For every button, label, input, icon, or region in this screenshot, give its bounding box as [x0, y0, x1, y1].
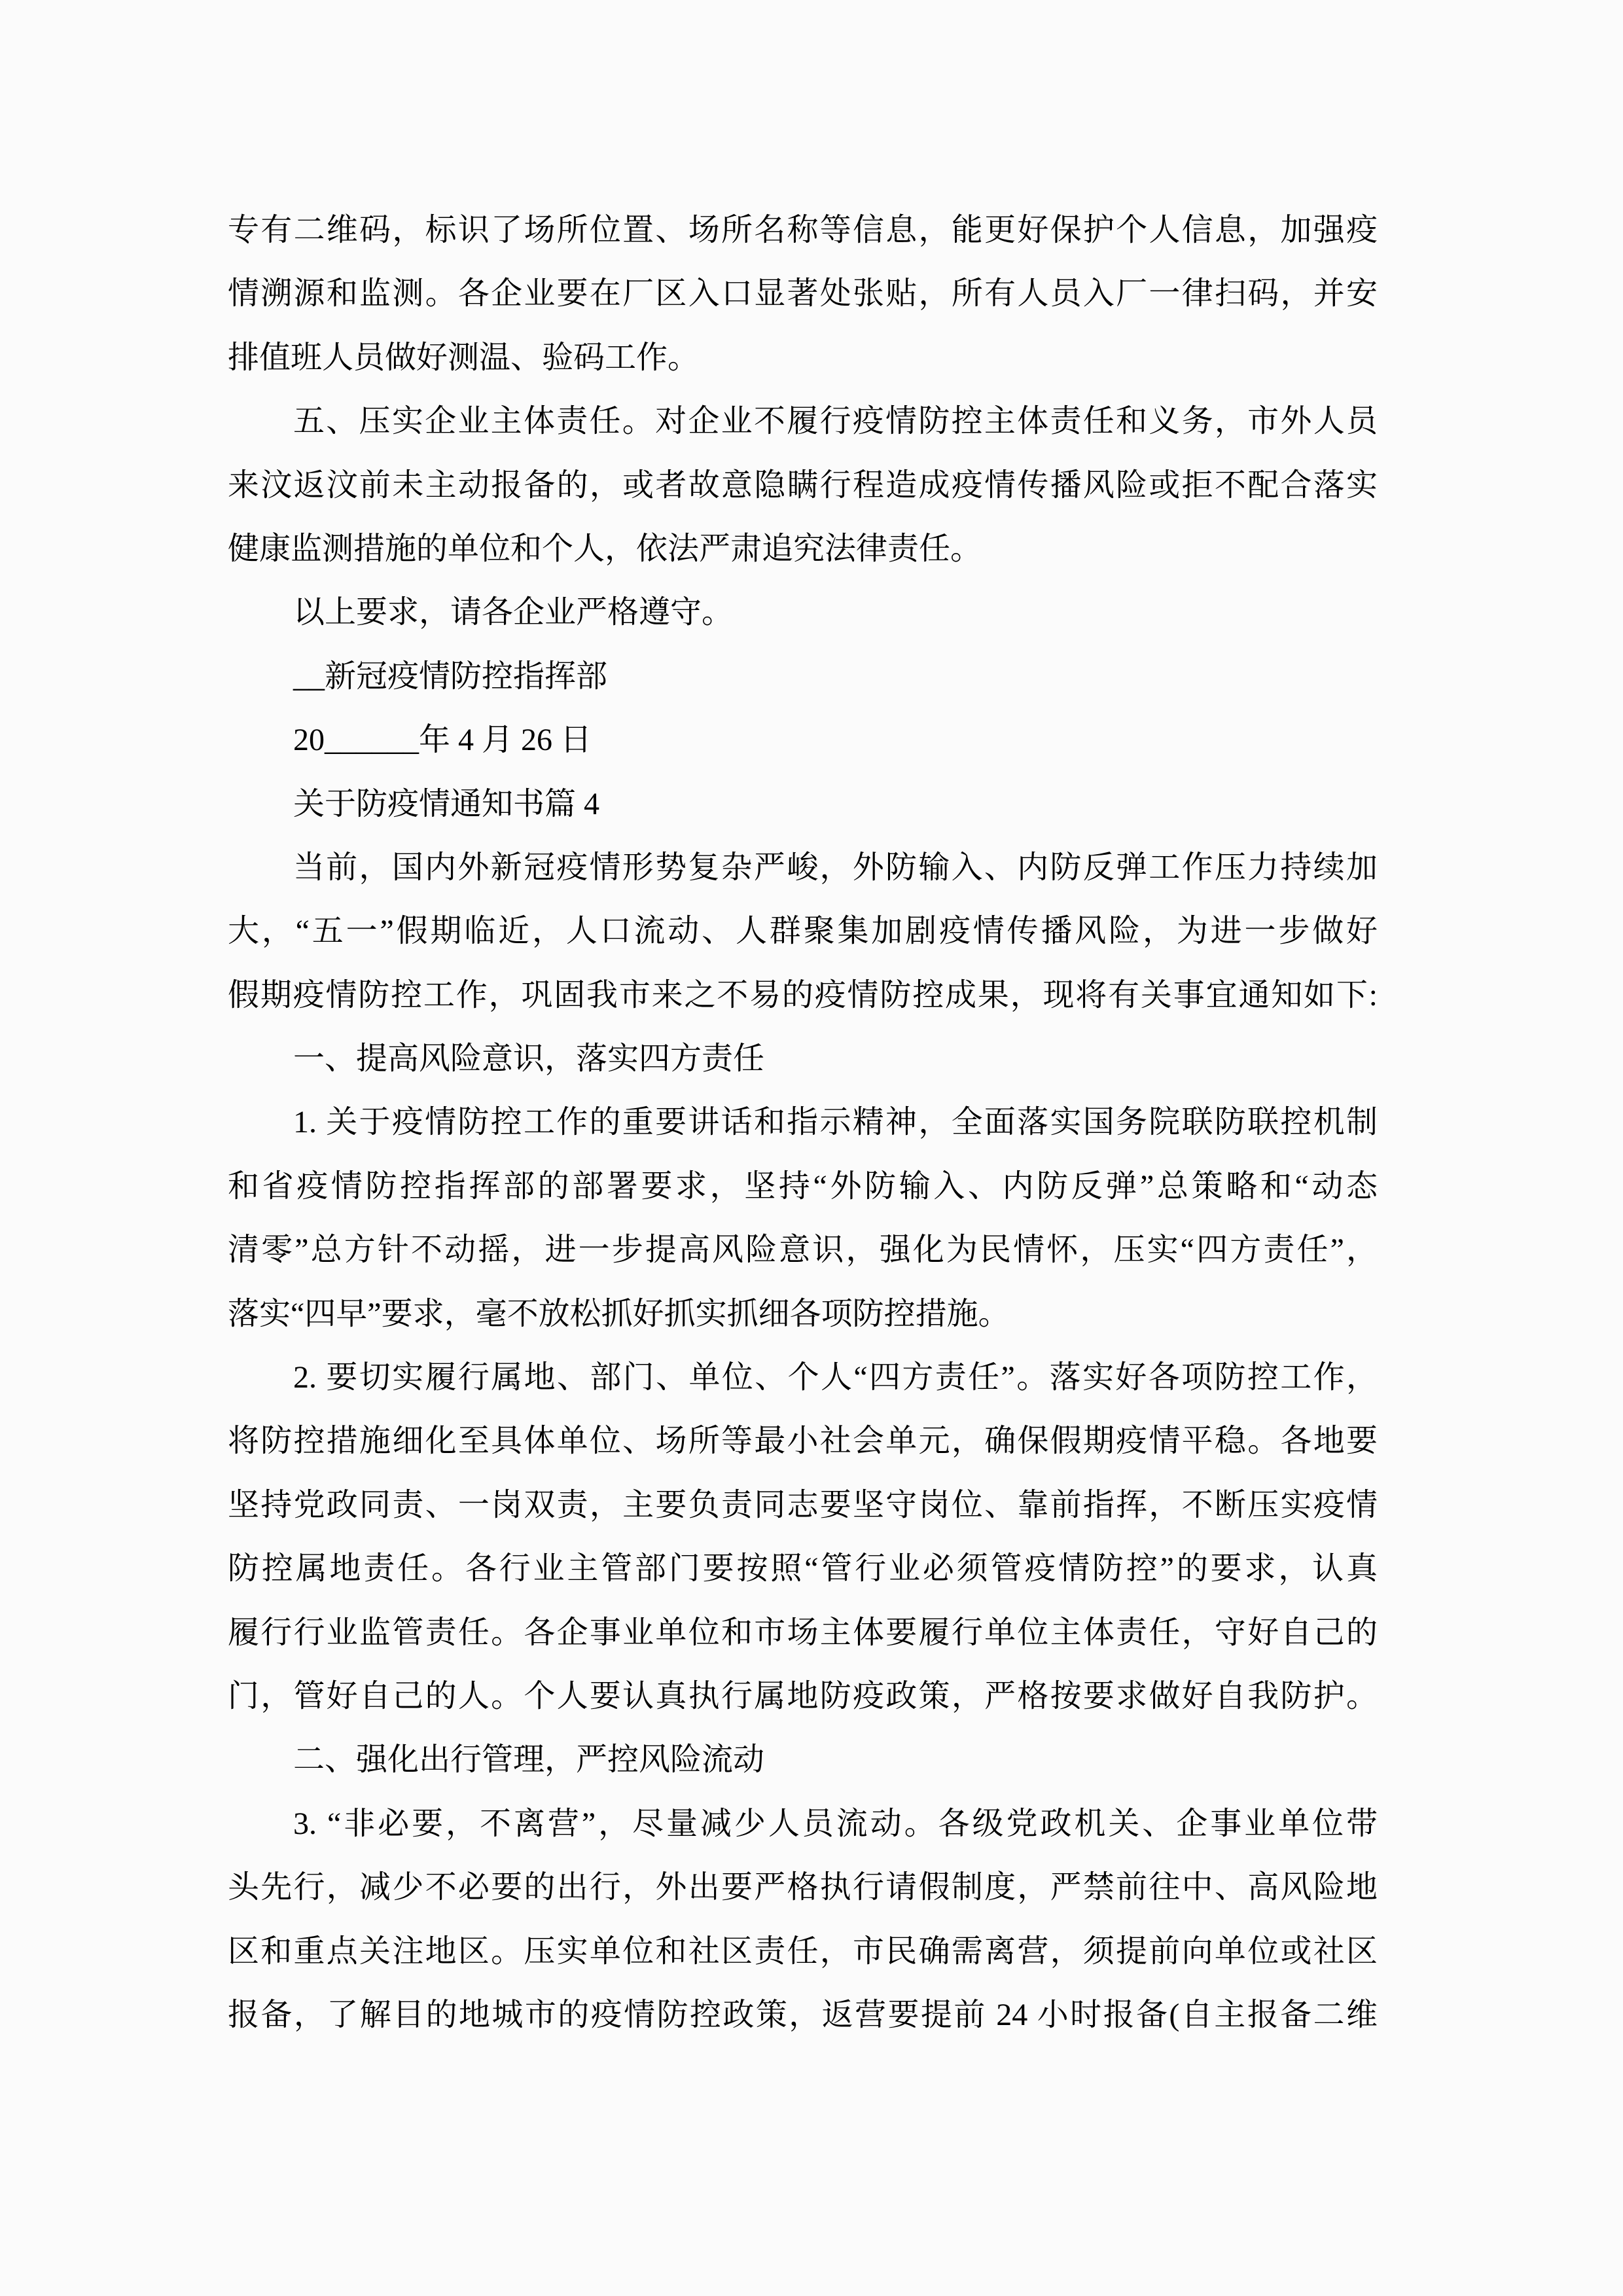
text-line: 1. 关于疫情防控工作的重要讲话和指示精神，全面落实国务院联防联控机制	[228, 1090, 1378, 1154]
text-line: 以上要求，请各企业严格遵守。	[228, 581, 1378, 644]
text-line: 履行行业监管责任。各企事业单位和市场主体要履行单位主体责任，守好自己的	[228, 1601, 1378, 1664]
text-line: 2. 要切实履行属地、部门、单位、个人“四方责任”。落实好各项防控工作，	[228, 1346, 1378, 1409]
text-line: 20______年 4 月 26 日	[228, 708, 1378, 772]
text-line: 报备，了解目的地城市的疫情防控政策，返营要提前 24 小时报备(自主报备二维	[228, 1983, 1378, 2047]
text-line: 将防控措施细化至具体单位、场所等最小社会单元，确保假期疫情平稳。各地要	[228, 1409, 1378, 1473]
text-line: 坚持党政同责、一岗双责，主要负责同志要坚守岗位、靠前指挥，不断压实疫情	[228, 1473, 1378, 1537]
text-line: 清零”总方针不动摇，进一步提高风险意识，强化为民情怀，压实“四方责任”，	[228, 1218, 1378, 1282]
text-line: 3. “非必要，不离营”，尽量减少人员流动。各级党政机关、企事业单位带	[228, 1792, 1378, 1856]
text-line: 一、提高风险意识，落实四方责任	[228, 1027, 1378, 1090]
text-line: 和省疫情防控指挥部的部署要求，坚持“外防输入、内防反弹”总策略和“动态	[228, 1155, 1378, 1218]
document-page: 专有二维码，标识了场所位置、场所名称等信息，能更好保护个人信息，加强疫 情溯源和…	[0, 0, 1623, 2296]
text-line: 假期疫情防控工作，巩固我市来之不易的疫情防控成果，现将有关事宜通知如下:	[228, 963, 1378, 1027]
text-line: 二、强化出行管理，严控风险流动	[228, 1728, 1378, 1791]
text-line: 头先行，减少不必要的出行，外出要严格执行请假制度，严禁前往中、高风险地	[228, 1856, 1378, 1919]
text-line: 排值班人员做好测温、验码工作。	[228, 326, 1378, 389]
text-line: 门，管好自己的人。个人要认真执行属地防疫政策，严格按要求做好自我防护。	[228, 1664, 1378, 1728]
text-line: 情溯源和监测。各企业要在厂区入口显著处张贴，所有人员入厂一律扫码，并安	[228, 262, 1378, 325]
text-line: __新冠疫情防控指挥部	[228, 645, 1378, 708]
text-line: 关于防疫情通知书篇 4	[228, 772, 1378, 836]
text-line: 落实“四早”要求，毫不放松抓好抓实抓细各项防控措施。	[228, 1282, 1378, 1346]
text-line: 当前，国内外新冠疫情形势复杂严峻，外防输入、内防反弹工作压力持续加	[228, 836, 1378, 899]
text-line: 大，“五一”假期临近，人口流动、人群聚集加剧疫情传播风险，为进一步做好	[228, 899, 1378, 963]
text-line: 健康监测措施的单位和个人，依法严肃追究法律责任。	[228, 517, 1378, 581]
text-line: 防控属地责任。各行业主管部门要按照“管行业必须管疫情防控”的要求，认真	[228, 1537, 1378, 1600]
text-line: 区和重点关注地区。压实单位和社区责任，市民确需离营，须提前向单位或社区	[228, 1920, 1378, 1983]
document-text-block: 专有二维码，标识了场所位置、场所名称等信息，能更好保护个人信息，加强疫 情溯源和…	[228, 198, 1378, 2047]
text-line: 来汶返汶前未主动报备的，或者故意隐瞒行程造成疫情传播风险或拒不配合落实	[228, 454, 1378, 517]
text-line: 专有二维码，标识了场所位置、场所名称等信息，能更好保护个人信息，加强疫	[228, 198, 1378, 262]
text-line: 五、压实企业主体责任。对企业不履行疫情防控主体责任和义务，市外人员	[228, 389, 1378, 453]
